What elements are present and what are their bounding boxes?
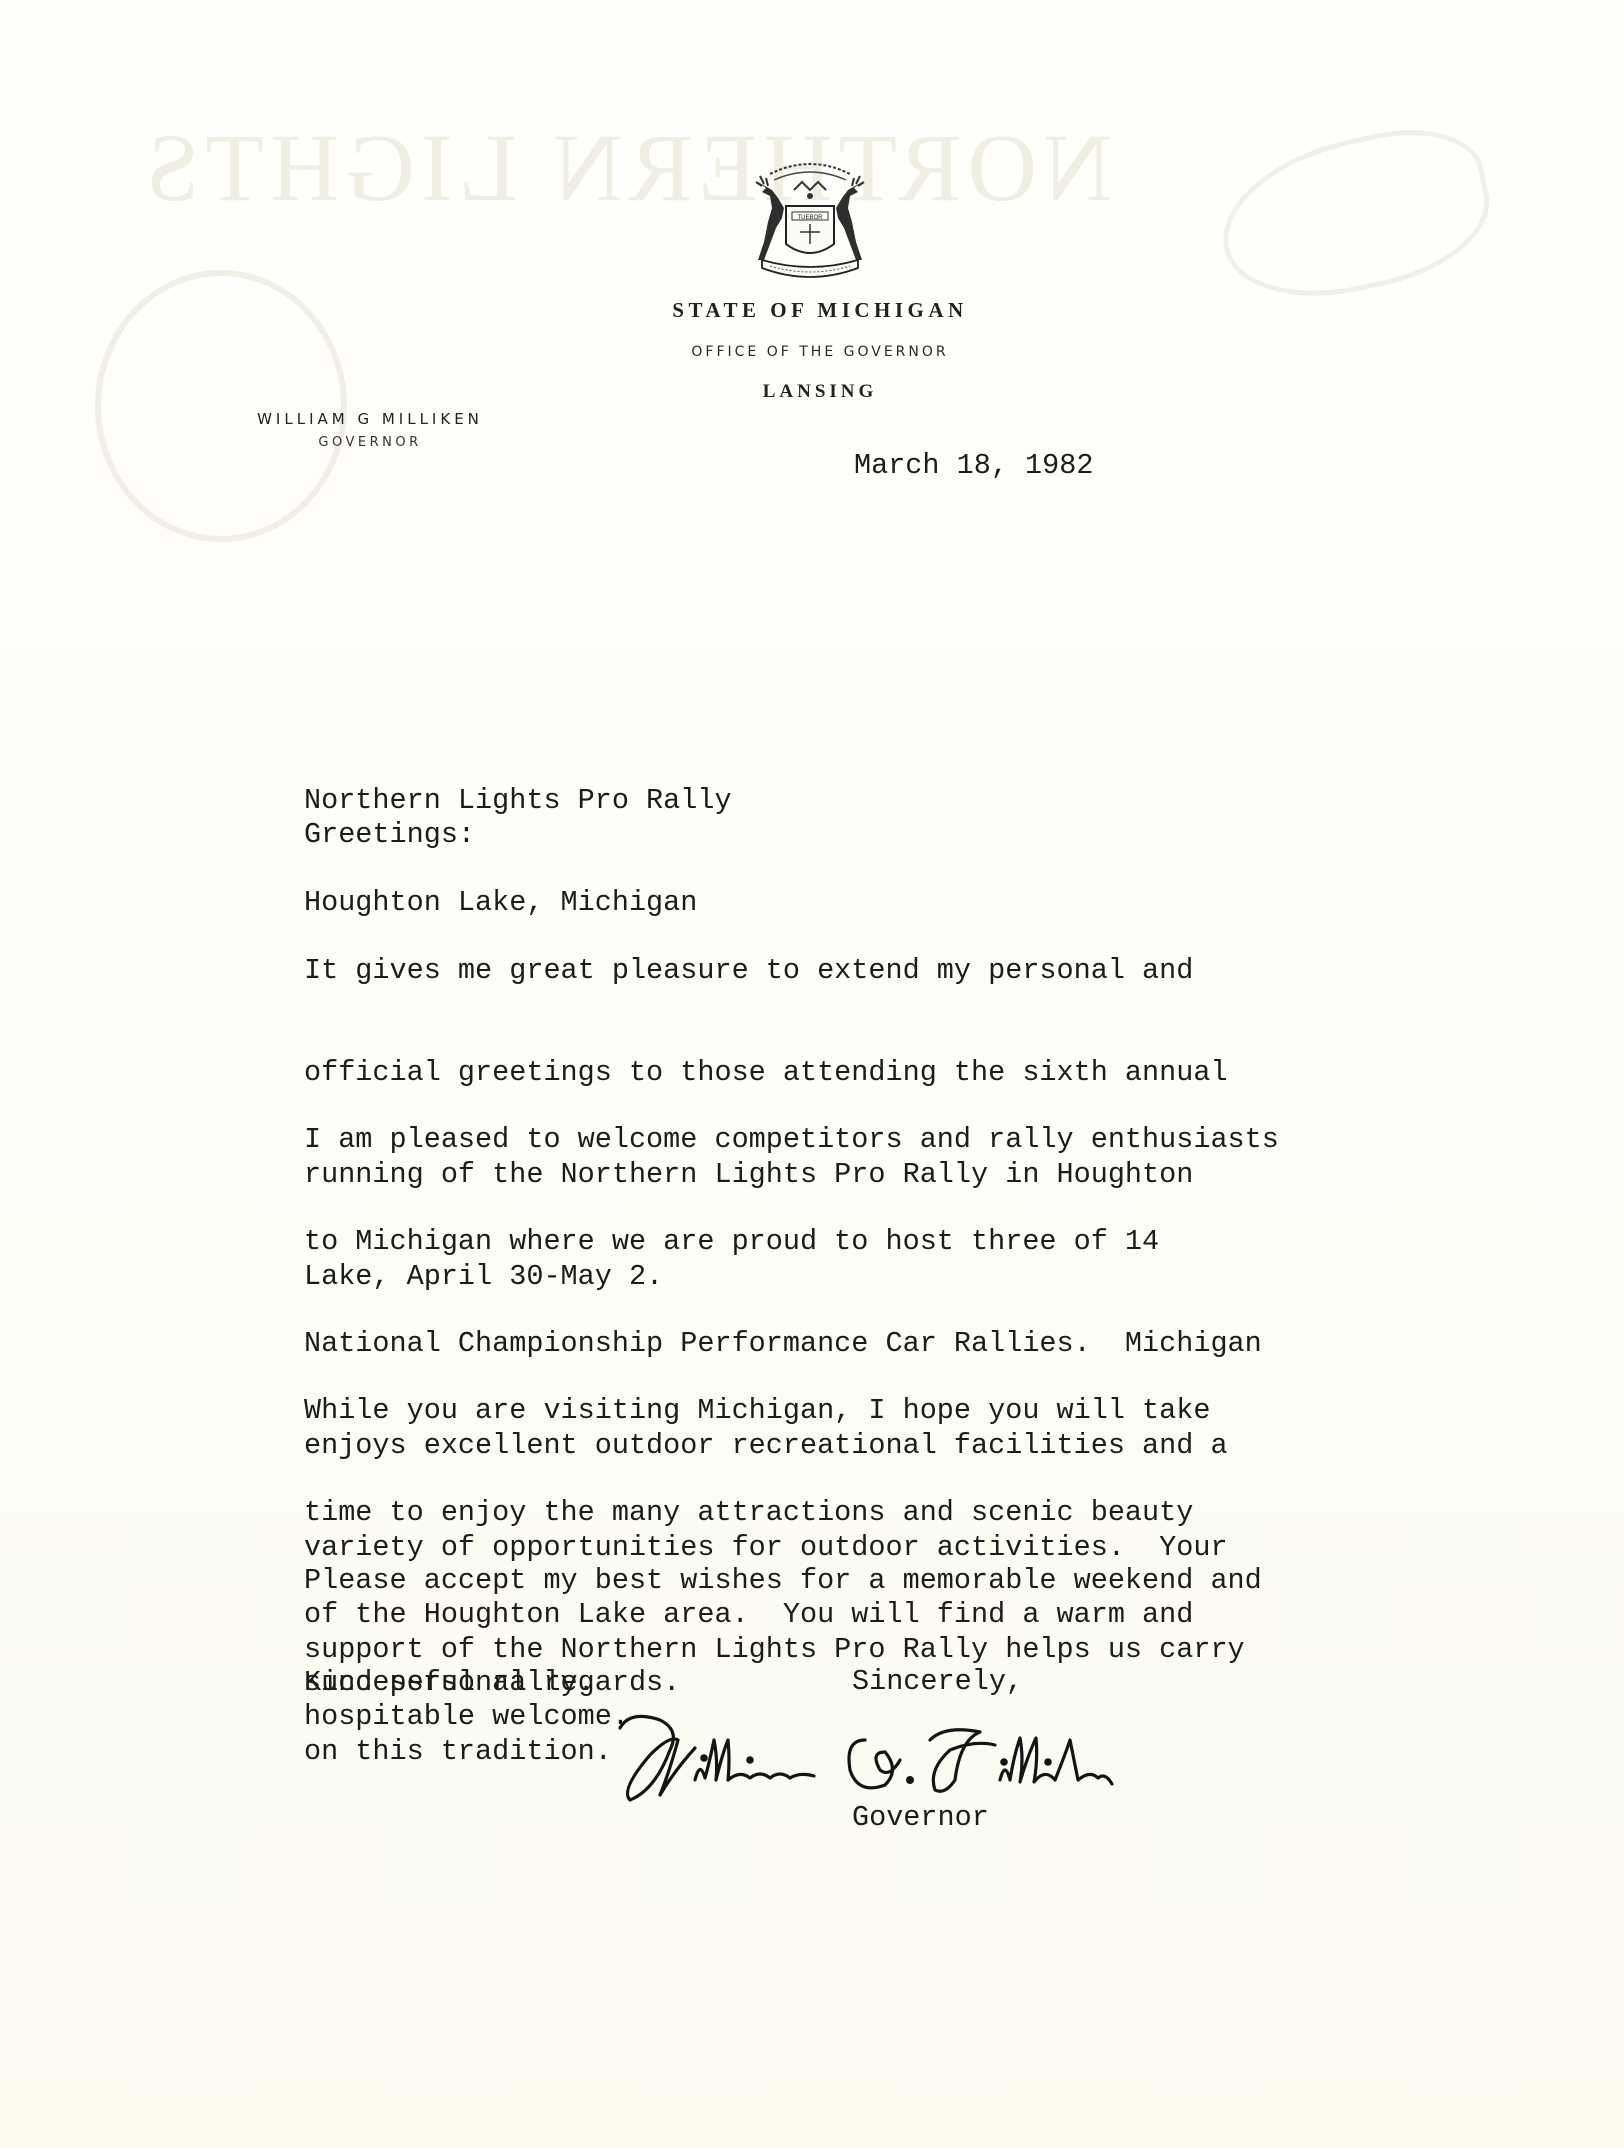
recipient-line: Northern Lights Pro Rally <box>304 784 732 818</box>
letterhead-city: LANSING <box>700 381 940 403</box>
text-line: Kind personal regards. <box>304 1666 680 1700</box>
handwritten-signature <box>600 1700 1320 1810</box>
text-line: I am pleased to welcome competitors and … <box>304 1123 1279 1157</box>
letterhead-state: STATE OF MICHIGAN <box>630 298 1010 323</box>
letterhead-governor-title: GOVERNOR <box>220 435 520 450</box>
salutation: Greetings: <box>304 818 475 852</box>
bleed-through-logo <box>1207 114 1502 317</box>
signer-title: Governor <box>852 1801 989 1835</box>
letterhead-office: OFFICE OF THE GOVERNOR <box>670 344 970 360</box>
text-line: While you are visiting Michigan, I hope … <box>304 1394 1210 1428</box>
letterhead-governor-name: WILLIAM G MILLIKEN <box>220 410 520 428</box>
letter-page: NORTHERN LIGHTS TUEBOR STATE OF MICHIGAN… <box>0 0 1624 2148</box>
closing: Sincerely, <box>852 1665 1023 1699</box>
bleed-through-emblem <box>95 270 347 542</box>
text-line: to Michigan where we are proud to host t… <box>304 1225 1279 1259</box>
svg-text:TUEBOR: TUEBOR <box>797 215 823 221</box>
text-line: It gives me great pleasure to extend my … <box>304 954 1228 988</box>
bleed-through-title: NORTHERN LIGHTS <box>140 112 1112 223</box>
letter-date: March 18, 1982 <box>854 449 1093 483</box>
text-line: Please accept my best wishes for a memor… <box>304 1564 1262 1598</box>
michigan-state-seal-icon: TUEBOR <box>748 152 872 290</box>
